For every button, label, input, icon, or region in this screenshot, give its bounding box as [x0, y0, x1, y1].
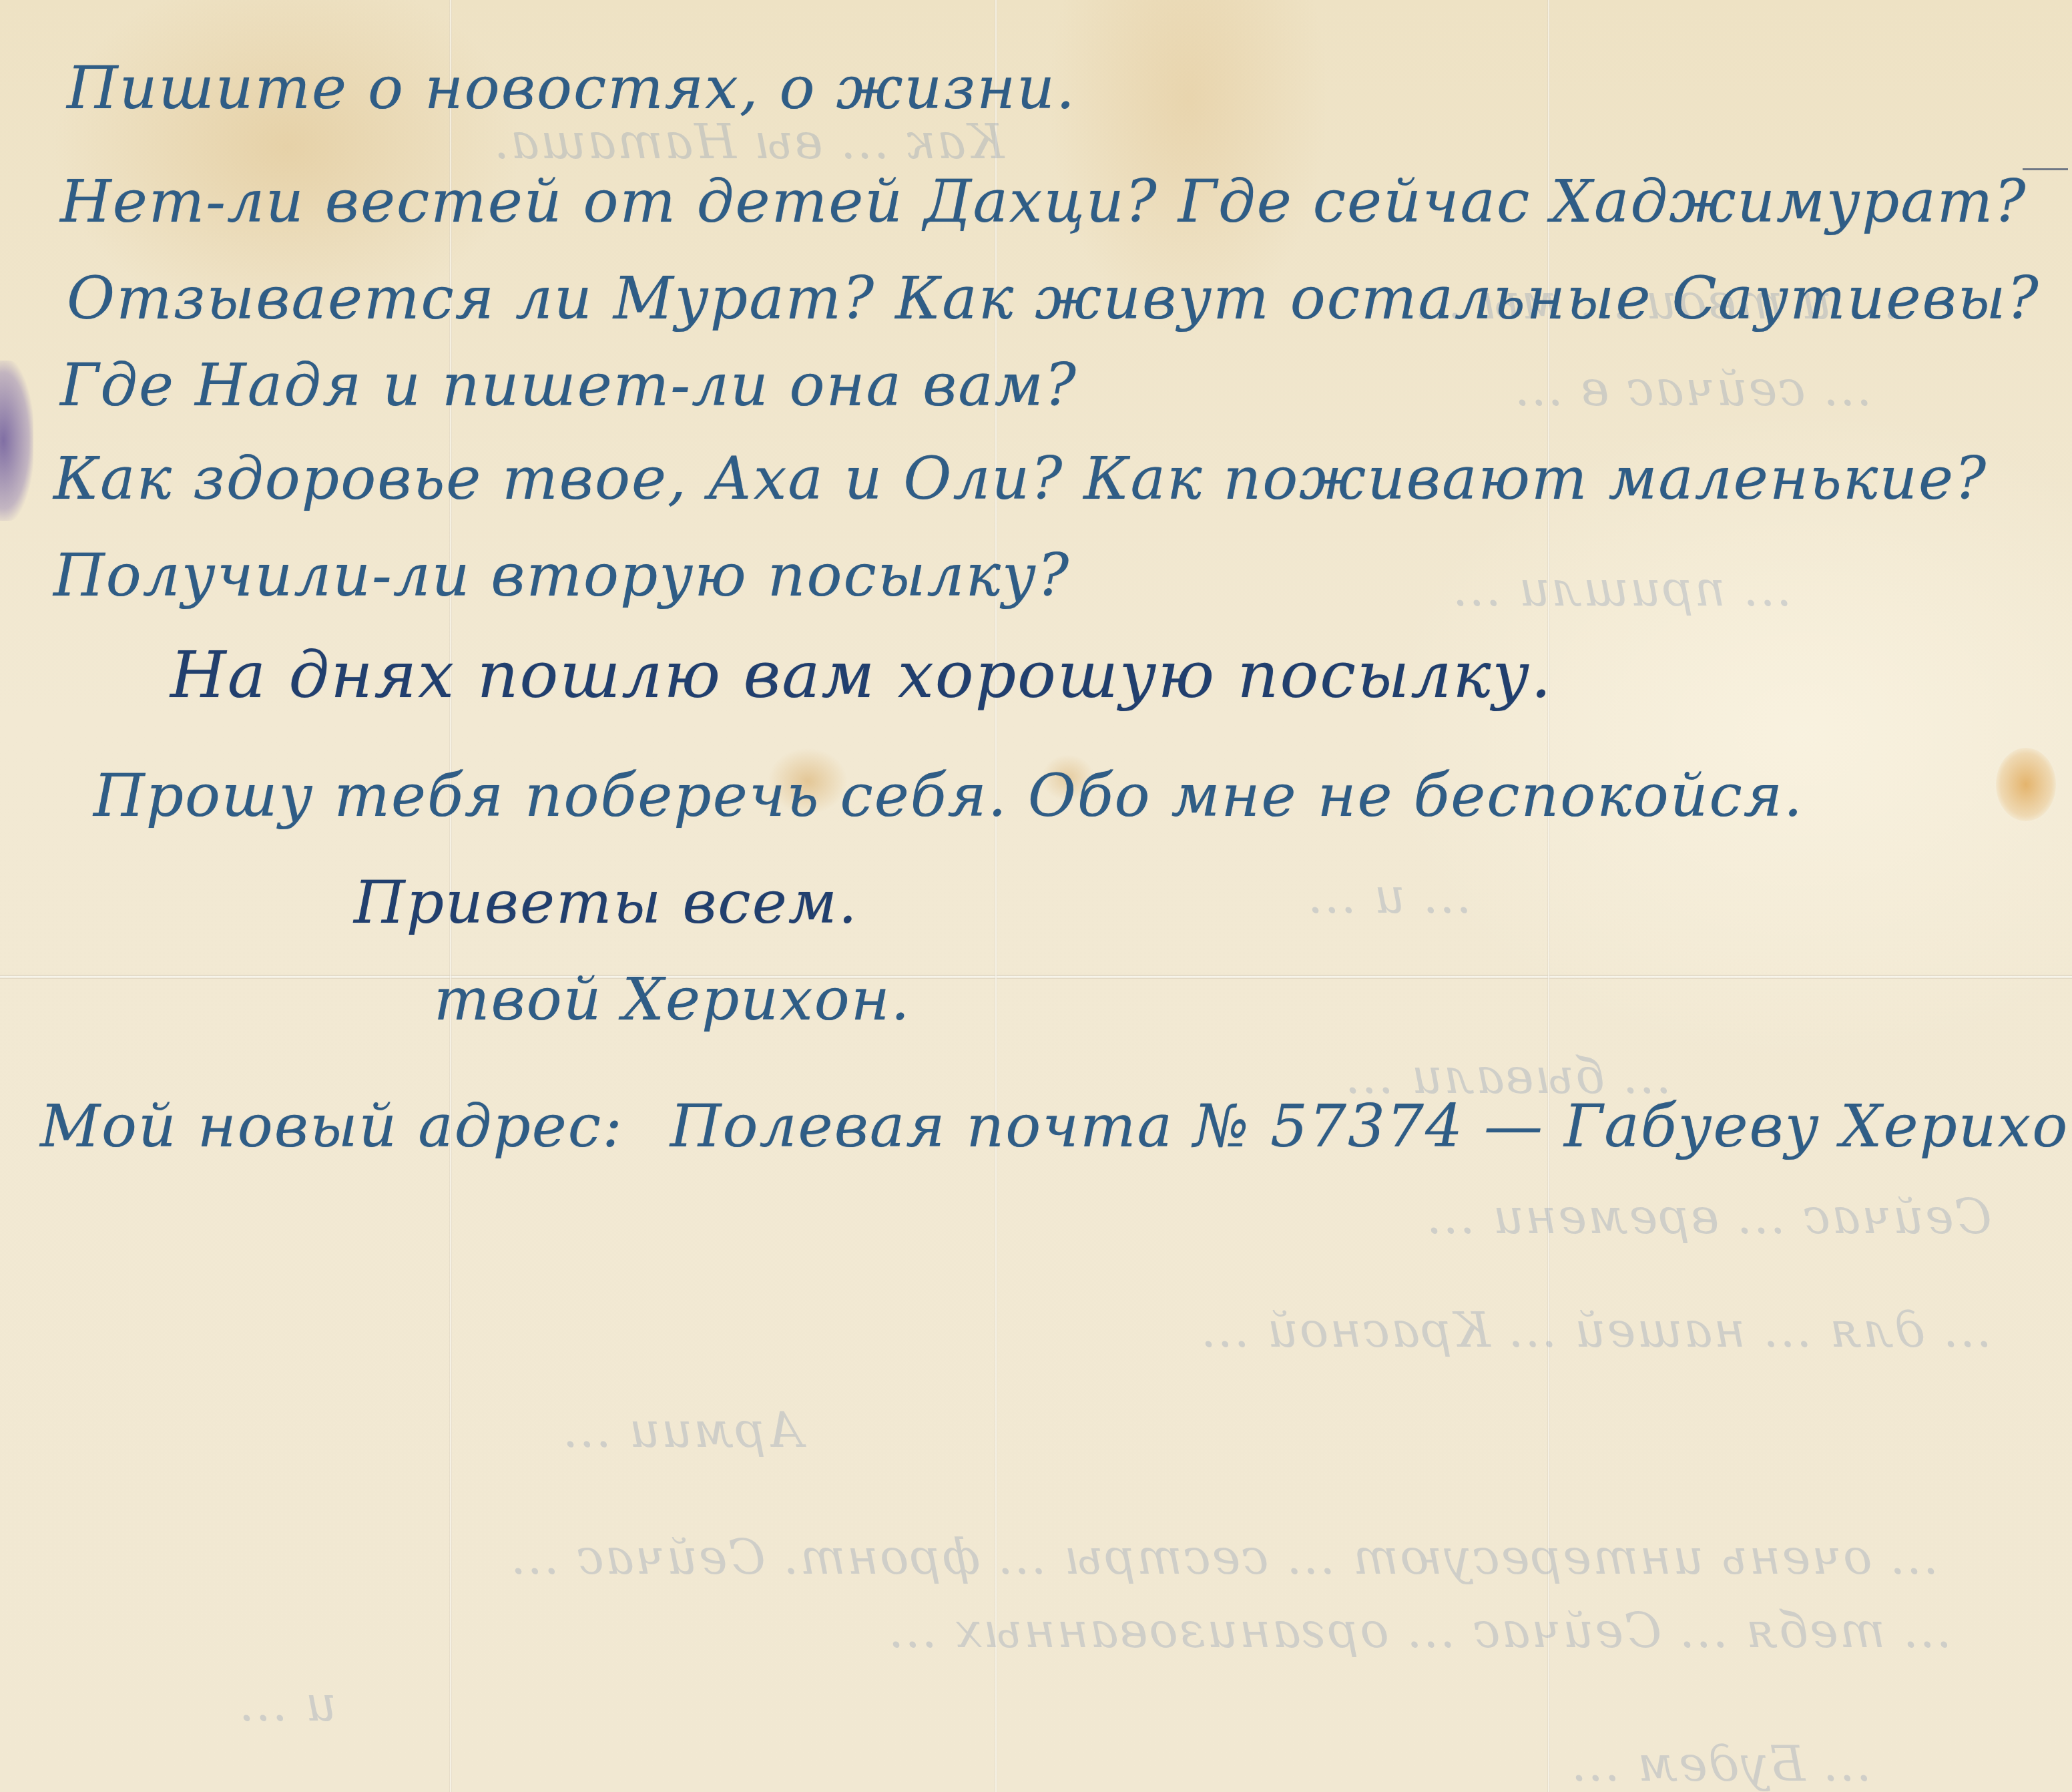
bleed-through-line: и ... — [238, 1676, 336, 1732]
corner-pen-mark — [2023, 168, 2068, 170]
letter-line-3: Отзывается ли Мурат? Как живут остальные… — [67, 264, 2040, 332]
fold-crease-horizontal — [0, 975, 2072, 979]
bleed-through-line: ... для ... нашей ... Красной ... — [1200, 1302, 1992, 1358]
closing-greeting: Приветы всем. — [354, 868, 858, 937]
bleed-through-line: ... пришли ... — [1451, 561, 1792, 617]
address-line: Мой новый адрес: Полевая почта № 57374 —… — [40, 1092, 2072, 1160]
letter-line-6: Получили-ли вторую посылку? — [53, 541, 1070, 610]
stamp-mark — [0, 361, 33, 521]
bleed-through-line: ... Будем ... — [1570, 1736, 1872, 1792]
letter-line-5: Как здоровье твое, Аха и Оли? Как пожива… — [53, 444, 1987, 513]
letter-page: Как ... вы Наташа. ... и твои ... мы ...… — [0, 0, 2072, 1792]
bleed-through-line: Армии ... — [561, 1402, 804, 1458]
address-value: Полевая почта № 57374 — Габуеву Херихону… — [670, 1092, 2072, 1160]
bleed-through-line: ... сейчас в ... — [1513, 361, 1872, 417]
address-label: Мой новый адрес: — [40, 1092, 623, 1160]
letter-line-4: Где Надя и пишет-ли она вам? — [60, 351, 1077, 419]
letter-line-1: Пишите о новостях, о жизни. — [67, 53, 1076, 122]
bleed-through-line: Сейчас ... времени ... — [1425, 1188, 1992, 1245]
letter-line-7: На днях пошлю вам хорошую посылку. — [170, 638, 1553, 712]
letter-line-8: Прошу тебя поберечь себя. Обо мне не бес… — [93, 761, 1804, 830]
ink-stain-spot — [1996, 748, 2056, 821]
bleed-through-line: ... и ... — [1306, 868, 1471, 924]
bleed-through-line: ... очень интересуют ... сестры ... фрон… — [509, 1529, 1938, 1585]
letter-line-2: Нет-ли вестей от детей Дахци? Где сейчас… — [60, 167, 2027, 236]
signature: твой Херихон. — [434, 965, 911, 1034]
bleed-through-line: ... тебя ... Сейчас ... организованных .… — [887, 1602, 1952, 1658]
